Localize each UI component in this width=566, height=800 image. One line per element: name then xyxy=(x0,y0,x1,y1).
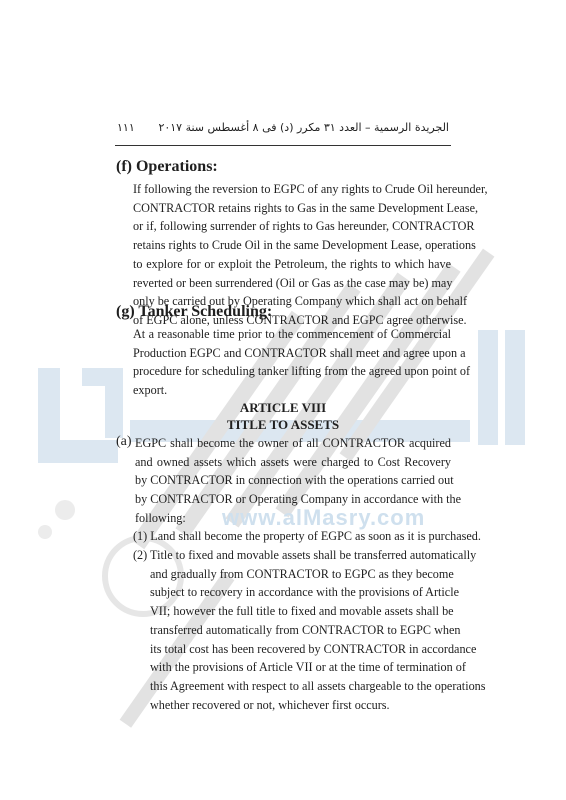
text-line: If following the reversion to EGPC of an… xyxy=(133,180,451,199)
text-line: subject to recovery in accordance with t… xyxy=(133,583,451,602)
text-line: by CONTRACTOR or Operating Company in ac… xyxy=(135,490,451,509)
text-line: and owned assets which assets were charg… xyxy=(135,453,451,472)
page-header: الجريدة الرسمية – العدد ٣١ مكرر (د) فى ٨… xyxy=(117,121,449,141)
gazette-title: الجريدة الرسمية – العدد ٣١ مكرر (د) فى ٨… xyxy=(158,121,449,134)
text-line: Production EGPC and CONTRACTOR shall mee… xyxy=(133,344,451,363)
text-line: this Agreement with respect to all asset… xyxy=(133,677,451,696)
text-line: At a reasonable time prior to the commen… xyxy=(133,325,451,344)
text-line: EGPC shall become the owner of all CONTR… xyxy=(135,434,451,453)
text-line: transferred automatically from CONTRACTO… xyxy=(133,621,451,640)
clause-a-body: EGPC shall become the owner of all CONTR… xyxy=(135,434,451,528)
item-label: (2) xyxy=(133,548,150,562)
article-number: ARTICLE VIII xyxy=(0,400,566,416)
section-body-tanker-scheduling: At a reasonable time prior to the commen… xyxy=(133,325,451,400)
section-heading-tanker-scheduling: (g) Tanker Scheduling: xyxy=(116,303,272,321)
header-rule xyxy=(115,145,451,146)
item-2: (2) Title to fixed and movable assets sh… xyxy=(133,546,451,714)
text-line: with the provisions of Article VII or at… xyxy=(133,658,451,677)
document-page: الجريدة الرسمية – العدد ٣١ مكرر (د) فى ٨… xyxy=(0,0,566,800)
text-line: its total cost has been recovered by CON… xyxy=(133,640,451,659)
text-line: procedure for scheduling tanker lifting … xyxy=(133,362,451,381)
article-title: TITLE TO ASSETS xyxy=(0,417,566,433)
text-line: (2) Title to fixed and movable assets sh… xyxy=(133,546,451,565)
text-line: CONTRACTOR retains rights to Gas in the … xyxy=(133,199,451,218)
item-1: (1) Land shall become the property of EG… xyxy=(133,527,451,546)
text-line: whether recovered or not, whichever firs… xyxy=(133,696,451,715)
text-line: retains rights to Crude Oil in the same … xyxy=(133,236,451,255)
text-line: following: xyxy=(135,509,451,528)
text-line: to explore for or exploit the Petroleum,… xyxy=(133,255,451,274)
text-line: export. xyxy=(133,381,451,400)
page-number: ١١١ xyxy=(117,121,135,134)
item-label: (1) xyxy=(133,529,150,543)
text-line: reverted or been surrendered (Oil or Gas… xyxy=(133,274,451,293)
section-heading-operations: (f) Operations: xyxy=(116,158,218,176)
text-line: and gradually from CONTRACTOR to EGPC as… xyxy=(133,565,451,584)
text-line: by CONTRACTOR in connection with the ope… xyxy=(135,471,451,490)
text-line: (1) Land shall become the property of EG… xyxy=(133,527,451,546)
clause-label-a: (a) xyxy=(116,434,132,450)
text-line: or if, following surrender of rights to … xyxy=(133,217,451,236)
text-line: VII; however the full title to fixed and… xyxy=(133,602,451,621)
